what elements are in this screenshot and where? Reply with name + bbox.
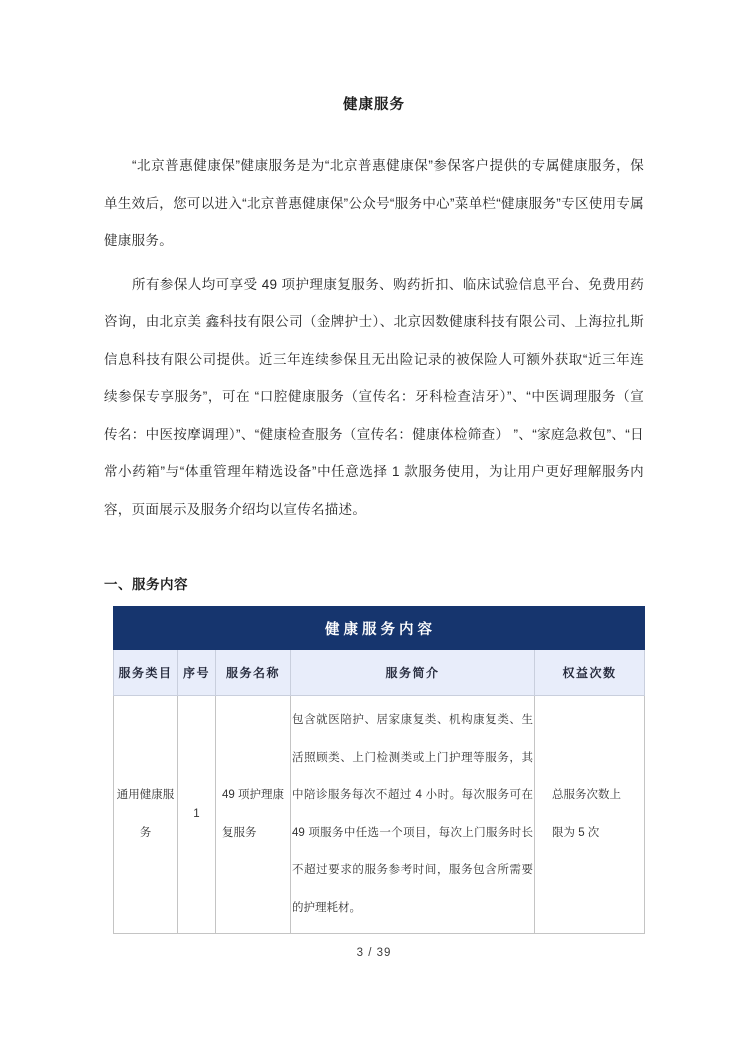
- intro-paragraph-1: “北京普惠健康保”健康服务是为“北京普惠健康保”参保客户提供的专属健康服务，保单…: [104, 147, 644, 260]
- cell-service-category: 通用健康服务: [114, 696, 178, 934]
- column-header-service-name: 服务名称: [216, 650, 291, 696]
- cell-service-name: 49 项护理康复服务: [216, 696, 291, 934]
- column-header-service-description: 服务简介: [291, 650, 535, 696]
- health-service-table: 健康服务内容 服务类目 序号 服务名称 服务简介 权益次数 通用健康服务 1 4…: [113, 606, 645, 934]
- table-header-row: 服务类目 序号 服务名称 服务简介 权益次数: [114, 650, 645, 696]
- page-number: 3 / 39: [104, 947, 644, 959]
- table-title: 健康服务内容: [114, 607, 645, 650]
- column-header-service-category: 服务类目: [114, 650, 178, 696]
- section-heading-service-content: 一、服务内容: [104, 573, 644, 593]
- cell-benefit-count: 总服务次数上限为 5 次: [535, 696, 645, 934]
- table-title-row: 健康服务内容: [114, 607, 645, 650]
- cell-service-description: 包含就医陪护、居家康复类、机构康复类、生活照顾类、上门检测类或上门护理等服务，其…: [291, 696, 535, 934]
- document-content: 健康服务 “北京普惠健康保”健康服务是为“北京普惠健康保”参保客户提供的专属健康…: [104, 0, 644, 959]
- document-title: 健康服务: [104, 0, 644, 114]
- column-header-benefit-count: 权益次数: [535, 650, 645, 696]
- column-header-index: 序号: [178, 650, 216, 696]
- table-row: 通用健康服务 1 49 项护理康复服务 包含就医陪护、居家康复类、机构康复类、生…: [114, 696, 645, 934]
- document-page: 健康服务 “北京普惠健康保”健康服务是为“北京普惠健康保”参保客户提供的专属健康…: [0, 0, 744, 1052]
- cell-index: 1: [178, 696, 216, 934]
- intro-paragraph-2: 所有参保人均可享受 49 项护理康复服务、购药折扣、临床试验信息平台、免费用药咨…: [104, 266, 644, 529]
